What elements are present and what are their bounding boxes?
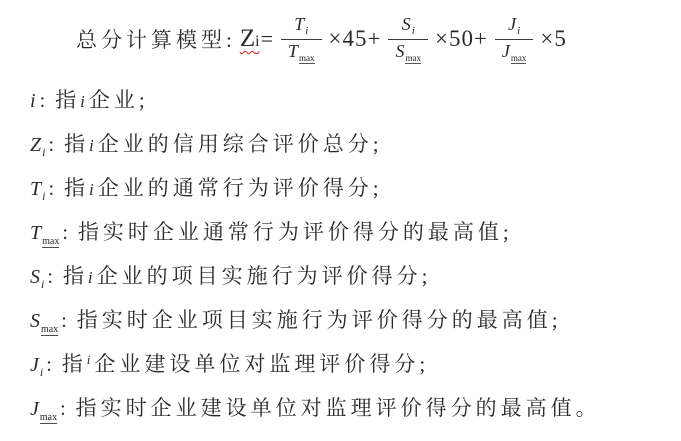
definition-text: 指实时企业通常行为评价得分的最高值; xyxy=(78,216,513,246)
colon: : xyxy=(48,178,54,201)
variable-symbol: J xyxy=(30,354,39,376)
fraction-numerator: Ti xyxy=(287,15,315,40)
lhs-subscript: i xyxy=(255,33,259,50)
definition-text: 指i企业; xyxy=(55,84,149,114)
definition-row-Jmax: Jmax : 指实时企业建设单位对监理评价得分的最高值。 xyxy=(30,392,681,436)
definition-text: 指实时企业项目实施行为评价得分的最高值; xyxy=(77,304,562,334)
definition-pre: 指 xyxy=(77,308,102,332)
fraction-numerator: Si xyxy=(395,15,422,40)
variable: Ti xyxy=(30,178,45,204)
numerator-symbol: T xyxy=(294,14,304,34)
denominator-subscript: max xyxy=(405,53,421,64)
definition-row-Zi: Zi : 指i企业的信用综合评价总分; xyxy=(30,128,681,172)
variable-subscript: i xyxy=(41,277,44,291)
numerator-subscript: i xyxy=(517,25,520,37)
variable-symbol: T xyxy=(30,178,41,200)
definition-pre: 指 xyxy=(78,220,103,244)
inline-variable-i: i xyxy=(80,92,89,111)
definition-pre: 指 xyxy=(62,352,87,376)
fraction-term-J: Ji Jmax xyxy=(495,15,534,64)
definition-text: 指i企业的项目实施行为评价得分; xyxy=(63,260,432,290)
definition-list: i : 指i企业; Zi : 指i企业的信用综合评价总分; Ti : 指i企业的… xyxy=(0,84,681,436)
inline-variable-i: i xyxy=(88,268,97,287)
equals-sign: = xyxy=(261,26,273,52)
definition-rest: 企业; xyxy=(89,88,149,112)
operator-3: ×5 xyxy=(540,26,566,52)
colon: : xyxy=(46,354,52,377)
denominator-subscript: max xyxy=(299,53,315,64)
colon: : xyxy=(60,398,66,421)
definition-pre: 指 xyxy=(63,264,88,288)
definition-row-Ji: Ji : 指i企业建设单位对监理评价得分; xyxy=(30,348,681,392)
definition-row-i: i : 指i企业; xyxy=(30,84,681,128)
fraction-term-S: Si Smax xyxy=(388,15,428,64)
colon: : xyxy=(47,266,53,289)
definition-rest: 企业的项目实施行为评价得分; xyxy=(97,264,432,288)
variable-symbol: J xyxy=(30,398,39,420)
colon: : xyxy=(61,310,67,333)
formula-lhs: Zi= xyxy=(240,25,276,53)
definition-row-Tmax: Tmax : 指实时企业通常行为评价得分的最高值; xyxy=(30,216,681,260)
variable-symbol: Z xyxy=(30,134,41,156)
variable: Jmax xyxy=(30,398,57,423)
variable-subscript: i xyxy=(40,365,43,379)
numerator-symbol: J xyxy=(508,14,516,34)
inline-variable-i: i xyxy=(89,136,98,155)
definition-pre: 指 xyxy=(55,88,80,112)
variable-symbol: S xyxy=(30,266,40,288)
fraction-numerator: Ji xyxy=(501,15,527,40)
definition-text: 指i企业的信用综合评价总分; xyxy=(64,128,383,158)
definition-row-Si: Si : 指i企业的项目实施行为评价得分; xyxy=(30,260,681,304)
variable-subscript: max xyxy=(41,324,58,336)
fraction-denominator: Smax xyxy=(388,39,428,63)
colon: : xyxy=(40,90,46,113)
definition-row-Smax: Smax : 指实时企业项目实施行为评价得分的最高值; xyxy=(30,304,681,348)
variable-subscript: max xyxy=(40,412,57,424)
inline-variable-i: i xyxy=(89,180,98,199)
variable: Tmax xyxy=(30,222,59,247)
operator-2: ×50+ xyxy=(435,26,488,52)
fraction-denominator: Tmax xyxy=(281,39,322,63)
operator-1: ×45+ xyxy=(329,26,382,52)
variable-symbol: S xyxy=(30,310,40,332)
definition-text: 指实时企业建设单位对监理评价得分的最高值。 xyxy=(76,392,601,422)
definition-pre: 指 xyxy=(64,132,89,156)
variable-subscript: i xyxy=(42,189,45,203)
denominator-symbol: T xyxy=(288,41,298,61)
definition-row-Ti: Ti : 指i企业的通常行为评价得分; xyxy=(30,172,681,216)
definition-text: 指i企业建设单位对监理评价得分; xyxy=(62,348,429,378)
definition-text: 指i企业的通常行为评价得分; xyxy=(64,172,383,202)
variable: Zi xyxy=(30,134,45,160)
variable-symbol: T xyxy=(30,222,41,244)
variable: Si xyxy=(30,266,44,292)
fraction-denominator: Jmax xyxy=(495,39,534,63)
numerator-subscript: i xyxy=(305,25,308,37)
formula-title: 总分计算模型: xyxy=(76,24,236,54)
denominator-subscript: max xyxy=(511,53,527,64)
numerator-subscript: i xyxy=(412,25,415,37)
spellcheck-wavy-underline: Zi xyxy=(240,25,260,53)
denominator-symbol: J xyxy=(502,41,510,61)
variable-subscript: max xyxy=(42,236,59,248)
numerator-symbol: S xyxy=(402,14,411,34)
variable-symbol: i xyxy=(30,90,36,112)
lhs-symbol: Z xyxy=(240,25,255,52)
definition-rest: 实时企业建设单位对监理评价得分的最高值。 xyxy=(101,396,601,420)
colon: : xyxy=(62,222,68,245)
formula-line: 总分计算模型: Zi= Ti Tmax ×45+ Si Smax ×50+ Ji… xyxy=(0,0,681,70)
fraction-term-T: Ti Tmax xyxy=(281,15,322,64)
definition-rest: 企业建设单位对监理评价得分; xyxy=(94,352,429,376)
variable: Ji xyxy=(30,354,43,380)
denominator-symbol: S xyxy=(395,41,404,61)
definition-rest: 企业的通常行为评价得分; xyxy=(98,176,383,200)
definition-rest: 实时企业项目实施行为评价得分的最高值; xyxy=(102,308,562,332)
definition-pre: 指 xyxy=(76,396,101,420)
variable-subscript: i xyxy=(42,145,45,159)
definition-rest: 实时企业通常行为评价得分的最高值; xyxy=(103,220,513,244)
definition-pre: 指 xyxy=(64,176,89,200)
variable: Smax xyxy=(30,310,58,335)
variable: i xyxy=(30,90,37,116)
document-page: 总分计算模型: Zi= Ti Tmax ×45+ Si Smax ×50+ Ji… xyxy=(0,0,681,441)
colon: : xyxy=(48,134,54,157)
definition-rest: 企业的信用综合评价总分; xyxy=(98,132,383,156)
